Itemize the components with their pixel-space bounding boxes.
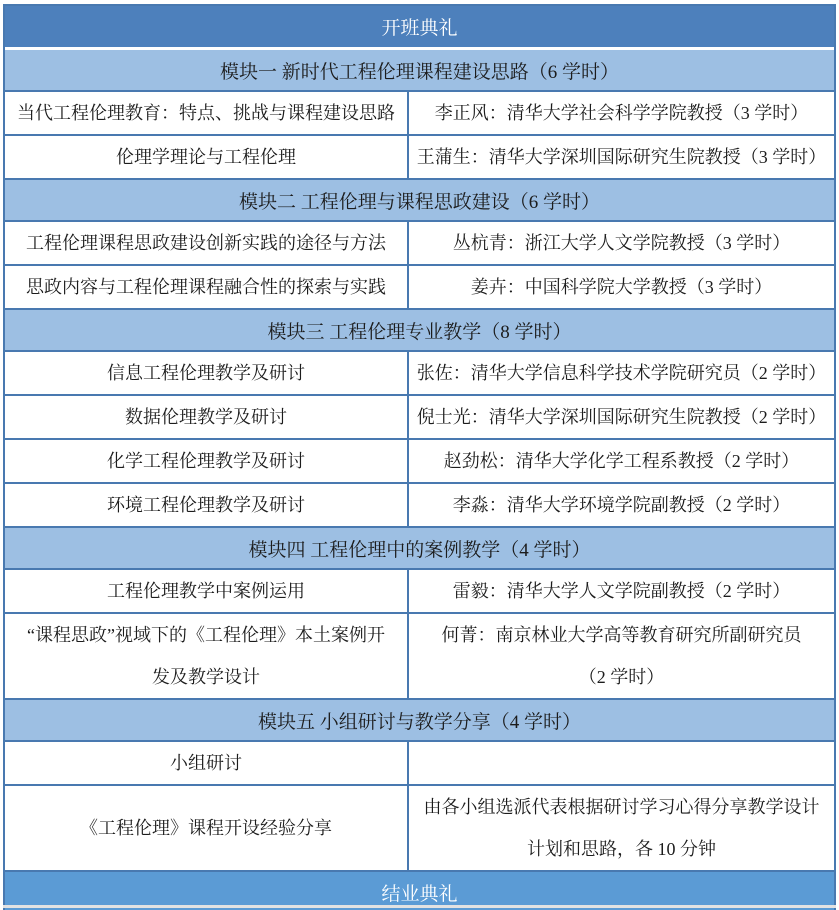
document-page: 开班典礼 模块一 新时代工程伦理课程建设思路（6 学时） 当代工程伦理教育：特点… xyxy=(0,0,839,910)
table-row: 工程伦理课程思政建设创新实践的途径与方法 丛杭青：浙江大学人文学院教授（3 学时… xyxy=(5,220,834,264)
module-header-row: 模块五 小组研讨与教学分享（4 学时） xyxy=(5,698,834,740)
table-row: “课程思政”视域下的《工程伦理》本土案例开 发及教学设计 何菁：南京林业大学高等… xyxy=(5,612,834,698)
table-row: 《工程伦理》课程开设经验分享 由各小组选派代表根据研讨学习心得分享教学设计 计划… xyxy=(5,784,834,870)
topic-cell: 当代工程伦理教育：特点、挑战与课程建设思路 xyxy=(5,92,409,134)
speaker-cell: 李正风：清华大学社会科学学院教授（3 学时） xyxy=(409,92,834,134)
module-header-row: 模块四 工程伦理中的案例教学（4 学时） xyxy=(5,526,834,568)
table-row: 当代工程伦理教育：特点、挑战与课程建设思路 李正风：清华大学社会科学学院教授（3… xyxy=(5,90,834,134)
module-title: 模块四 工程伦理中的案例教学（4 学时） xyxy=(248,535,590,562)
opening-ceremony-row: 开班典礼 xyxy=(5,6,834,47)
topic-cell: 思政内容与工程伦理课程融合性的探索与实践 xyxy=(5,266,409,308)
speaker-cell: 何菁：南京林业大学高等教育研究所副研究员 （2 学时） xyxy=(409,614,834,698)
speaker-cell: 李淼：清华大学环境学院副教授（2 学时） xyxy=(409,484,834,526)
speaker-cell xyxy=(409,742,834,784)
topic-cell: 工程伦理课程思政建设创新实践的途径与方法 xyxy=(5,222,409,264)
closing-ceremony-row: 结业典礼 xyxy=(5,870,834,910)
speaker-cell: 雷毅：清华大学人文学院副教授（2 学时） xyxy=(409,570,834,612)
topic-cell: 数据伦理教学及研讨 xyxy=(5,396,409,438)
topic-cell: 工程伦理教学中案例运用 xyxy=(5,570,409,612)
topic-cell: 《工程伦理》课程开设经验分享 xyxy=(5,786,409,870)
table-row: 数据伦理教学及研讨 倪士光：清华大学深圳国际研究生院教授（2 学时） xyxy=(5,394,834,438)
speaker-cell: 姜卉：中国科学院大学教授（3 学时） xyxy=(409,266,834,308)
table-row: 化学工程伦理教学及研讨 赵劲松：清华大学化学工程系教授（2 学时） xyxy=(5,438,834,482)
module-title: 模块五 小组研讨与教学分享（4 学时） xyxy=(258,707,581,734)
speaker-cell: 赵劲松：清华大学化学工程系教授（2 学时） xyxy=(409,440,834,482)
course-schedule-table: 开班典礼 模块一 新时代工程伦理课程建设思路（6 学时） 当代工程伦理教育：特点… xyxy=(3,4,836,910)
module-title: 模块二 工程伦理与课程思政建设（6 学时） xyxy=(239,187,600,214)
speaker-cell: 由各小组选派代表根据研讨学习心得分享教学设计 计划和思路，各 10 分钟 xyxy=(409,786,834,870)
table-row: 伦理学理论与工程伦理 王蒲生：清华大学深圳国际研究生院教授（3 学时） xyxy=(5,134,834,178)
table-row: 小组研讨 xyxy=(5,740,834,784)
speaker-cell: 张佐：清华大学信息科学技术学院研究员（2 学时） xyxy=(409,352,834,394)
topic-cell: 环境工程伦理教学及研讨 xyxy=(5,484,409,526)
speaker-cell: 倪士光：清华大学深圳国际研究生院教授（2 学时） xyxy=(409,396,834,438)
table-bottom-shadow xyxy=(3,905,836,908)
topic-cell: 小组研讨 xyxy=(5,742,409,784)
table-row: 信息工程伦理教学及研讨 张佐：清华大学信息科学技术学院研究员（2 学时） xyxy=(5,350,834,394)
module-title: 模块三 工程伦理专业教学（8 学时） xyxy=(267,317,571,344)
module-header-row: 模块一 新时代工程伦理课程建设思路（6 学时） xyxy=(5,50,834,90)
topic-cell: “课程思政”视域下的《工程伦理》本土案例开 发及教学设计 xyxy=(5,614,409,698)
opening-ceremony-label: 开班典礼 xyxy=(381,13,457,40)
speaker-cell: 丛杭青：浙江大学人文学院教授（3 学时） xyxy=(409,222,834,264)
module-header-row: 模块三 工程伦理专业教学（8 学时） xyxy=(5,308,834,350)
speaker-cell: 王蒲生：清华大学深圳国际研究生院教授（3 学时） xyxy=(409,136,834,178)
topic-cell: 信息工程伦理教学及研讨 xyxy=(5,352,409,394)
table-row: 环境工程伦理教学及研讨 李淼：清华大学环境学院副教授（2 学时） xyxy=(5,482,834,526)
topic-cell: 化学工程伦理教学及研讨 xyxy=(5,440,409,482)
module-header-row: 模块二 工程伦理与课程思政建设（6 学时） xyxy=(5,178,834,220)
closing-ceremony-label: 结业典礼 xyxy=(381,879,457,906)
table-row: 工程伦理教学中案例运用 雷毅：清华大学人文学院副教授（2 学时） xyxy=(5,568,834,612)
module-title: 模块一 新时代工程伦理课程建设思路（6 学时） xyxy=(220,57,619,84)
table-row: 思政内容与工程伦理课程融合性的探索与实践 姜卉：中国科学院大学教授（3 学时） xyxy=(5,264,834,308)
topic-cell: 伦理学理论与工程伦理 xyxy=(5,136,409,178)
